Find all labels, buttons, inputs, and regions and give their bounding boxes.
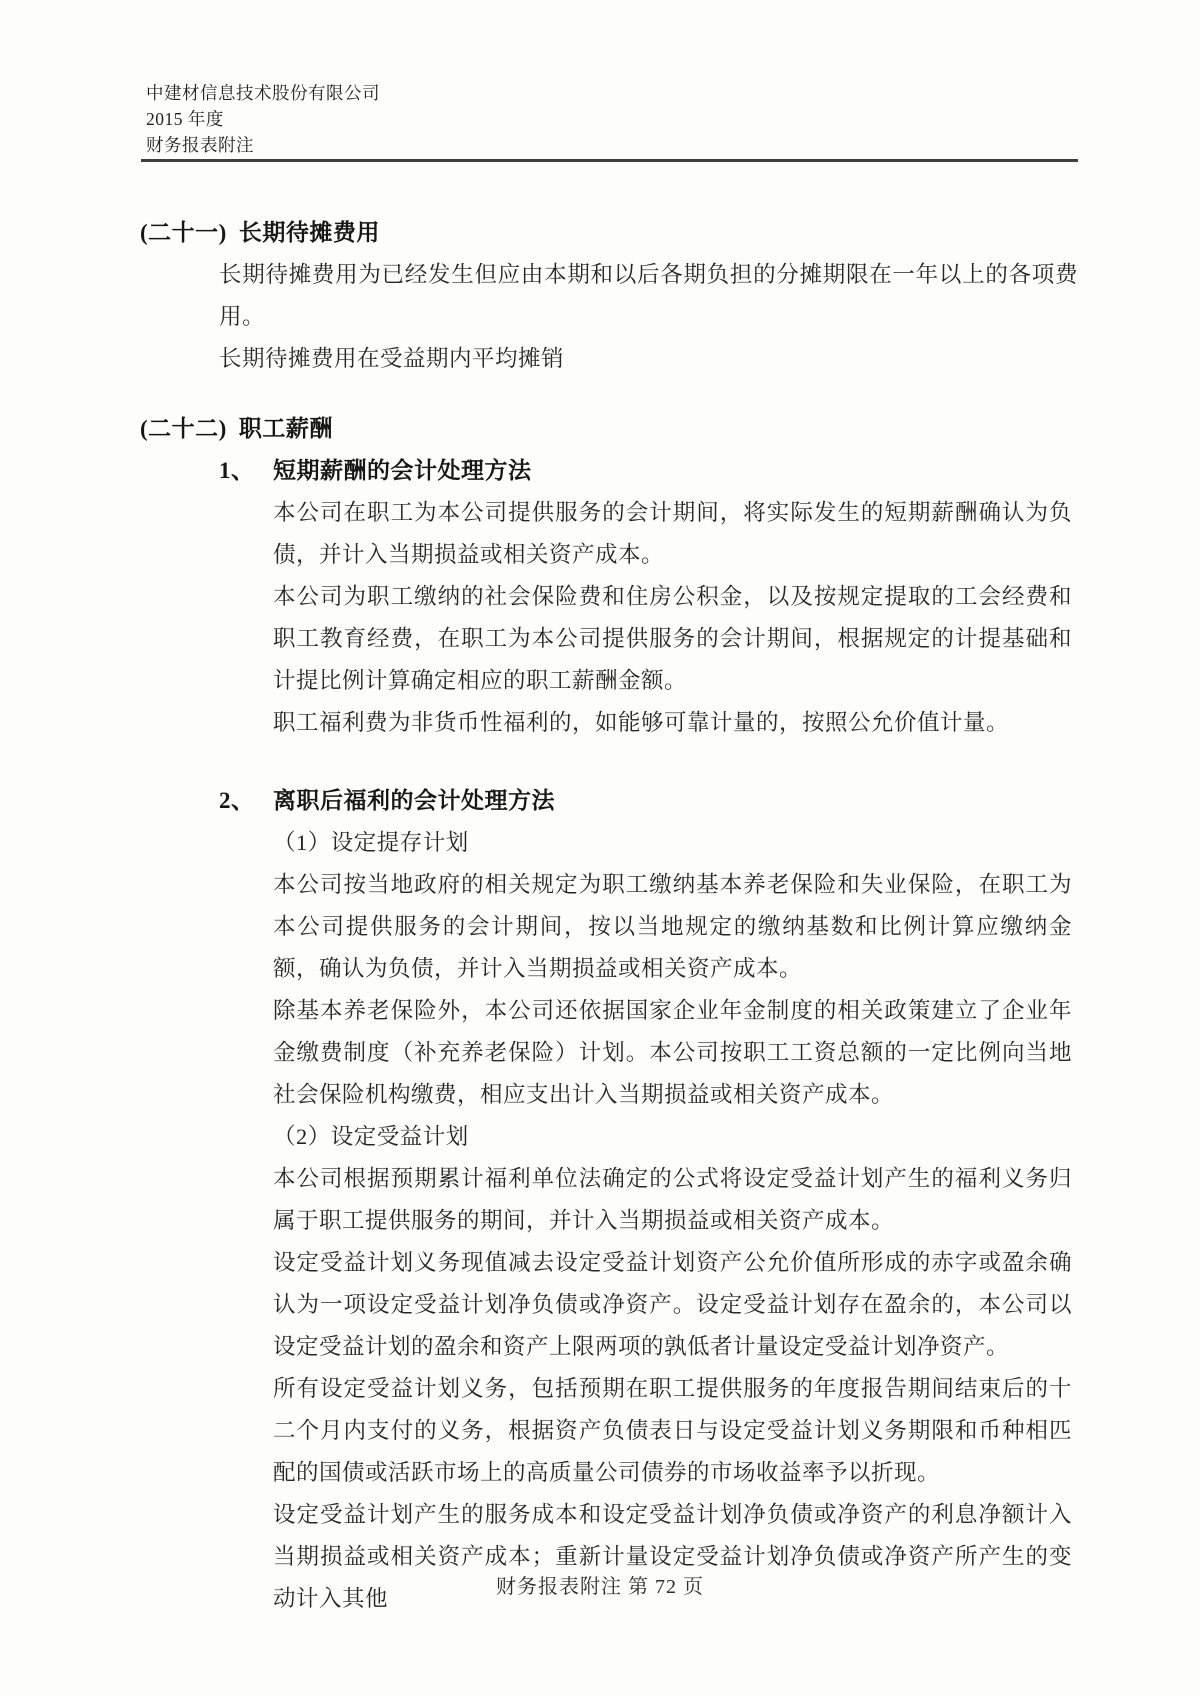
subsection-2-paragraph: 除基本养老保险外，本公司还依据国家企业年金制度的相关政策建立了企业年金缴费制度（… <box>273 990 1072 1116</box>
subsection-1-heading: 1、短期薪酬的会计处理方法 <box>219 450 1200 492</box>
section-21-heading: (二十一)长期待摊费用 <box>140 212 1200 254</box>
subsection-1-number: 1、 <box>219 450 273 492</box>
subsection-1-paragraph: 职工福利费为非货币性福利的，如能够可靠计量的，按照公允价值计量。 <box>273 702 1072 744</box>
subsection-2-paragraph: 设定受益计划产生的服务成本和设定受益计划净负债或净资产的利息净额计入当期损益或相… <box>273 1494 1072 1620</box>
subsection-2-paragraph: 设定受益计划义务现值减去设定受益计划资产公允价值所形成的赤字或盈余确认为一项设定… <box>273 1242 1072 1368</box>
subsection-2-item-1-label: （1）设定提存计划 <box>273 822 1072 864</box>
subsection-1-paragraph: 本公司在职工为本公司提供服务的会计期间，将实际发生的短期薪酬确认为负债，并计入当… <box>273 492 1072 576</box>
section-21-label: (二十一) <box>140 220 227 245</box>
subsection-2-number: 2、 <box>219 780 273 822</box>
section-21-paragraph: 长期待摊费用为已经发生但应由本期和以后各期负担的分摊期限在一年以上的各项费用。 <box>219 254 1078 338</box>
subsection-2-paragraph: 本公司按当地政府的相关规定为职工缴纳基本养老保险和失业保险，在职工为本公司提供服… <box>273 864 1072 990</box>
subsection-2-item-2-label: （2）设定受益计划 <box>273 1116 1072 1158</box>
subsection-2-title: 离职后福利的会计处理方法 <box>273 788 555 813</box>
section-21-paragraph: 长期待摊费用在受益期内平均摊销 <box>219 338 1078 380</box>
subsection-2-heading: 2、离职后福利的会计处理方法 <box>219 780 1200 822</box>
section-22-title: 职工薪酬 <box>239 416 333 441</box>
section-22-heading: (二十二)职工薪酬 <box>140 408 1200 450</box>
page-footer: 财务报表附注 第 72 页 <box>0 1570 1200 1599</box>
subsection-1-title: 短期薪酬的会计处理方法 <box>273 458 532 483</box>
subsection-2-paragraph: 本公司根据预期累计福利单位法确定的公式将设定受益计划产生的福利义务归属于职工提供… <box>273 1158 1072 1242</box>
section-21-title: 长期待摊费用 <box>239 220 380 245</box>
subsection-1-paragraph: 本公司为职工缴纳的社会保险费和住房公积金，以及按规定提取的工会经费和职工教育经费… <box>273 576 1072 702</box>
document-body: (二十一)长期待摊费用 长期待摊费用为已经发生但应由本期和以后各期负担的分摊期限… <box>0 0 1200 1620</box>
section-22-label: (二十二) <box>140 416 227 441</box>
subsection-2-paragraph: 所有设定受益计划义务，包括预期在职工提供服务的年度报告期间结束后的十二个月内支付… <box>273 1368 1072 1494</box>
document-page: 中建材信息技术股份有限公司 2015 年度 财务报表附注 (二十一)长期待摊费用… <box>0 0 1200 1697</box>
